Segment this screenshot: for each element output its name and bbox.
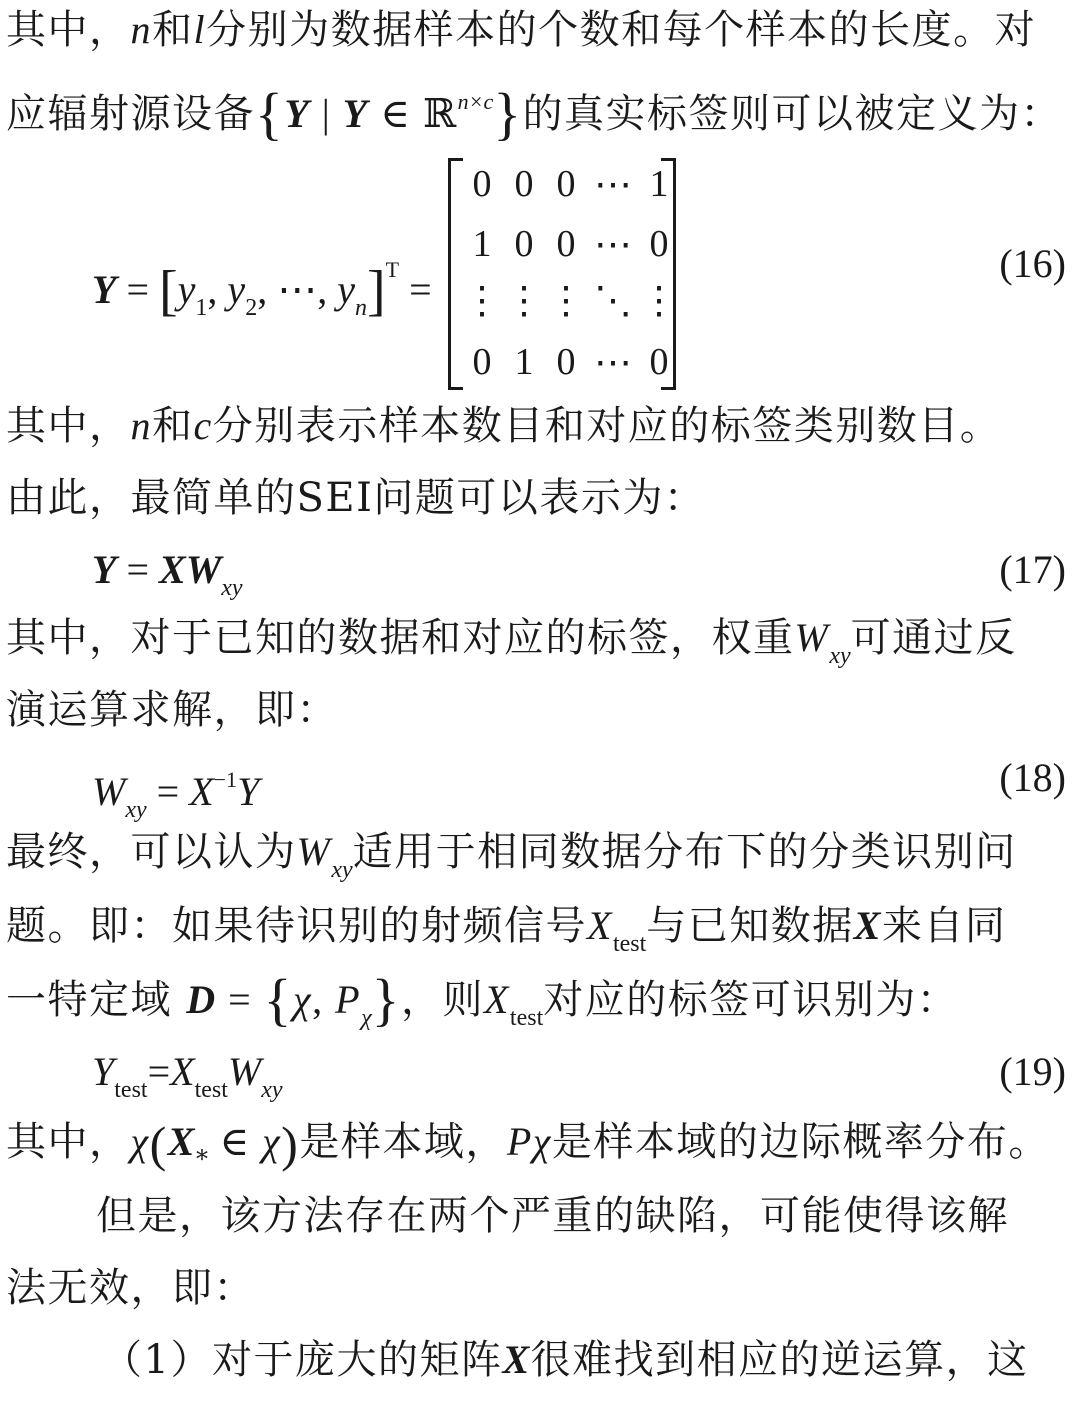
text: 其中， (6, 403, 131, 449)
math-var-l: l (194, 7, 207, 52)
paragraph-4-line-2: 演运算求解，即： (6, 684, 1066, 736)
matrix-cell: 0 (545, 222, 587, 267)
equation-number-17: (17) (999, 544, 1066, 596)
matrix-cell: ⋮ (461, 278, 503, 323)
subscript: test (114, 1077, 147, 1103)
math-var-Y: Y (92, 267, 116, 312)
matrix-cell: ⋮ (639, 278, 679, 323)
math-var-Y: Y (92, 547, 116, 592)
math-var-y: y (337, 267, 355, 312)
text: 分别为数据样本的个数和每个样本的长度。对 (206, 7, 1036, 53)
matrix-cell: 0 (639, 222, 679, 267)
paragraph-5-line-3: 一特定域 D = {χ, Pχ}，则Xtest对应的标签可识别为： (6, 974, 1066, 1044)
matrix-cell: ⋮ (545, 278, 587, 323)
math-var-W: W (228, 1049, 261, 1094)
text: 是样本域的边际概率分布。 (552, 1119, 1050, 1165)
text: 其中， (6, 7, 131, 53)
paragraph-1-line-1: 其中，n和l分别为数据样本的个数和每个样本的长度。对 (6, 4, 1066, 56)
matrix-cell: 1 (461, 222, 503, 267)
subscript: test (510, 1005, 543, 1031)
matrix-cell: 0 (503, 222, 545, 267)
math-var-W: W (186, 547, 222, 592)
math-var-W: W (297, 829, 332, 874)
math-var-n: n (131, 403, 153, 448)
paragraph-6: 其中，χ(X* ∈ χ)是样本域，Pχ是样本域的边际概率分布。 (6, 1116, 1066, 1185)
matrix-row-2: 100⋯0 (451, 222, 673, 267)
math-var-W: W (795, 615, 830, 660)
text: 的真实标签则可以被定义为： (523, 91, 1063, 137)
math-var-Y: Y (237, 769, 259, 814)
equals: = (217, 977, 264, 1022)
text: 其中，对于已知的数据和对应的标签，权重 (6, 615, 795, 661)
subscript: xy (331, 857, 352, 883)
matrix-cell: 0 (545, 162, 587, 207)
paragraph-5-line-1: 最终，可以认为Wxy适用于相同数据分布下的分类识别问 (6, 826, 1066, 896)
math-var-P: P (335, 977, 361, 1022)
math-var-X: X (170, 1049, 194, 1094)
math-var-W: W (92, 769, 125, 814)
left-brace: { (264, 967, 293, 1032)
matrix-row-1: 000⋯1 (451, 162, 673, 207)
matrix-cell: ⋯ (587, 340, 639, 385)
math-var-n: n (131, 7, 153, 52)
matrix-cell: ⋱ (587, 278, 639, 323)
matrix-cell: 0 (503, 162, 545, 207)
math-var-y: y (178, 267, 196, 312)
paragraph-2: 其中，n和c分别表示样本数目和对应的标签类别数目。 (6, 400, 1066, 452)
paragraph-7-line-2: 法无效，即： (6, 1262, 1066, 1314)
matrix-row-3: ⋮⋮⋮⋱⋮ (451, 278, 673, 323)
label-matrix: 000⋯1 100⋯0 ⋮⋮⋮⋱⋮ 010⋯0 (448, 158, 676, 390)
matrix-row-4: 010⋯0 (451, 340, 673, 385)
separator: | (322, 91, 332, 136)
equation-18: Wxy = X−1Y (92, 754, 1066, 836)
matrix-cell: 0 (461, 340, 503, 385)
subscript: xy (221, 575, 242, 601)
text: 题。即：如果待识别的射频信号 (6, 903, 587, 949)
math-var-y: y (227, 267, 245, 312)
right-brace: } (493, 81, 522, 146)
subscript: test (613, 931, 646, 957)
ellipsis: ⋯ (277, 267, 317, 312)
matrix-cell: 0 (461, 162, 503, 207)
left-paren: ( (150, 1116, 168, 1172)
subscript: 1 (195, 295, 207, 321)
math-var-chi: χ (293, 977, 312, 1022)
equation-number-19: (19) (999, 1046, 1066, 1098)
text: 其中， (6, 1119, 131, 1165)
equation-17: Y = XWxy (92, 544, 1066, 614)
text: 与已知数据 (646, 903, 854, 949)
math-var-Y: Y (92, 1049, 114, 1094)
text: 一特定域 (6, 977, 186, 1023)
subscript-chi: χ (361, 1005, 372, 1031)
paragraph-8: （1）对于庞大的矩阵X很难找到相应的逆运算，这 (6, 1334, 1066, 1386)
math-var-X: X (854, 903, 882, 948)
text: 和 (152, 403, 194, 449)
subscript: xy (261, 1077, 282, 1103)
text: 对应的标签可识别为： (543, 977, 958, 1023)
math-var-P: P (507, 1119, 533, 1164)
math-var-chi: χ (131, 1119, 150, 1164)
subscript: n (355, 295, 367, 321)
math-var-D: D (186, 977, 216, 1022)
matrix-cell: 0 (639, 340, 679, 385)
paragraph-5-line-2: 题。即：如果待识别的射频信号Xtest与已知数据X来自同 (6, 900, 1066, 970)
paragraph-4-line-1: 其中，对于已知的数据和对应的标签，权重Wxy可通过反 (6, 612, 1066, 682)
text: 可通过反 (851, 615, 1017, 661)
text: 是样本域， (299, 1119, 507, 1165)
math-var-chi: χ (262, 1119, 281, 1164)
math-var-Y: Y (343, 91, 369, 136)
matrix-cell: 1 (639, 162, 679, 207)
text: 和 (152, 7, 194, 53)
element-of-symbol: ∈ (219, 1119, 250, 1164)
equation-number-16: (16) (999, 238, 1066, 290)
transpose-superscript: T (386, 257, 399, 282)
text: 很难找到相应的逆运算，这 (531, 1337, 1029, 1383)
math-var-X: X (502, 1337, 530, 1382)
subscript: 2 (245, 295, 257, 321)
right-brace: } (372, 967, 401, 1032)
inverse-superscript: −1 (214, 767, 237, 792)
matrix-cell: ⋯ (587, 222, 639, 267)
math-var-X: X (159, 547, 186, 592)
equation-19: Ytest=XtestWxy (92, 1046, 1066, 1116)
subscript: xy (125, 797, 146, 823)
matrix-cell: 1 (503, 340, 545, 385)
matrix-cell: ⋯ (587, 162, 639, 207)
subscript-star: * (196, 1145, 208, 1173)
text: （1）对于庞大的矩阵 (102, 1337, 502, 1383)
paragraph-1-line-2: 应辐射源设备{Y | Y ∈ ℝn×c}的真实标签则可以被定义为： (6, 76, 1066, 140)
matrix-cell: ⋮ (503, 278, 545, 323)
text: 适用于相同数据分布下的分类识别问 (353, 829, 1017, 875)
right-paren: ) (281, 1116, 299, 1172)
math-var-c: c (194, 403, 213, 448)
math-var-chi: χ (533, 1119, 552, 1164)
matrix-cell: 0 (545, 340, 587, 385)
math-var-X: X (168, 1119, 196, 1164)
text: ，则 (401, 977, 484, 1023)
text: 分别表示样本数目和对应的标签类别数目。 (213, 403, 1002, 449)
math-var-X: X (189, 769, 213, 814)
left-brace: { (255, 81, 284, 146)
paragraph-3: 由此，最简单的SEI问题可以表示为： (6, 472, 1066, 524)
text: 应辐射源设备 (6, 91, 255, 137)
text: 来自同 (882, 903, 1007, 949)
text: 最终，可以认为 (6, 829, 297, 875)
subscript: test (195, 1077, 228, 1103)
math-var-Y: Y (284, 91, 310, 136)
math-var-X: X (587, 903, 613, 948)
equation-number-18: (18) (999, 752, 1066, 804)
subscript: xy (829, 643, 850, 669)
paragraph-7-line-1: 但是，该方法存在两个严重的缺陷，可能使得该解 (6, 1190, 1066, 1242)
real-field-symbol: ℝ (423, 91, 458, 136)
element-of-symbol: ∈ (380, 91, 411, 136)
dimension-superscript: n×c (458, 89, 494, 114)
math-var-X: X (484, 977, 510, 1022)
